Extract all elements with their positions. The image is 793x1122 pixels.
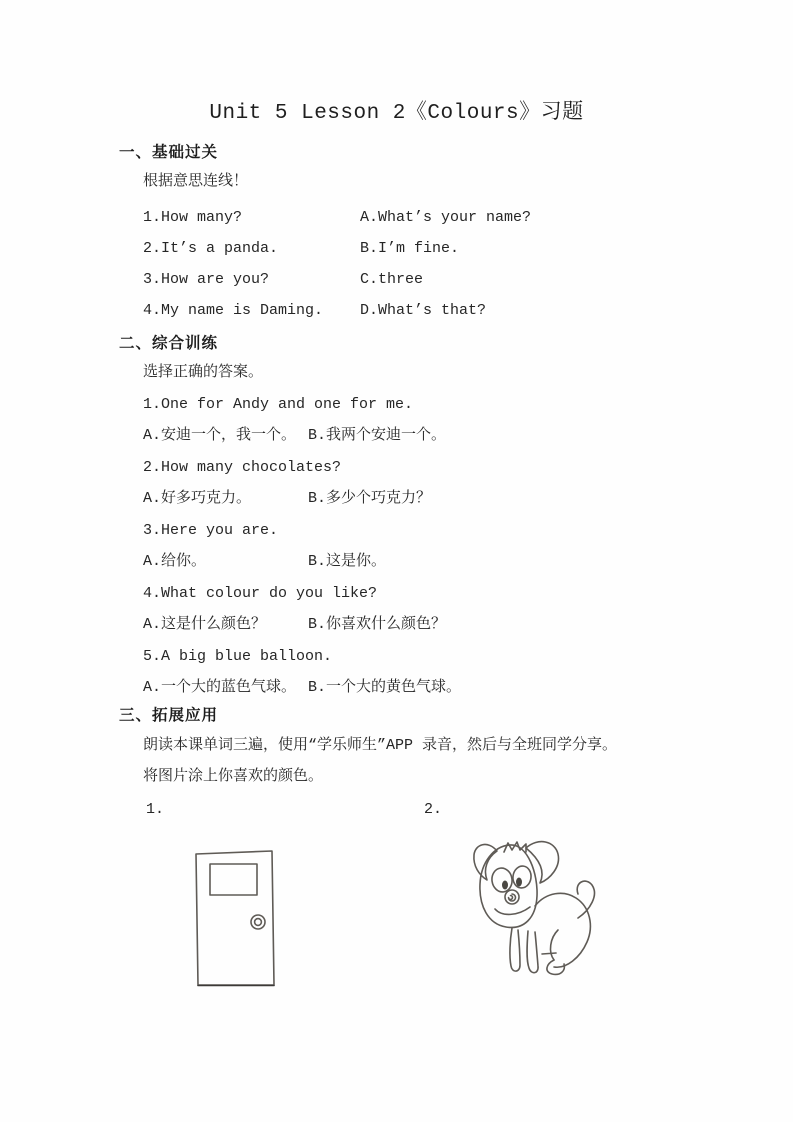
dog-hind-leg [551,930,558,960]
section-2-instruction: 选择正确的答案。 [143,363,263,383]
match-right-a: A.What’s your name? [360,209,531,226]
question-2: 2.How many chocolates? A.好多巧克力。 B.多少个巧克力… [143,458,461,509]
dog-nose-swirl [509,894,516,901]
dog-left-eye [490,867,513,894]
question-4-option-b: B.你喜欢什么颜色？ [308,615,446,635]
match-left-3: 3.How are you? [143,270,360,290]
match-right-b: B.I’m fine. [360,240,459,257]
question-2-stem: 2.How many chocolates? [143,458,461,478]
match-row-2: 2.It’s a panda.B.I’m fine. [143,239,531,270]
dog-front-leg-2 [527,931,538,973]
question-4-stem: 4.What colour do you like? [143,584,461,604]
dog-body [535,893,590,967]
door-knob-outer [251,915,265,929]
match-left-1: 1.How many? [143,208,360,228]
question-5: 5.A big blue balloon. A.一个大的蓝色气球。 B.一个大的… [143,647,461,698]
section-2-heading: 二、综合训练 [119,334,218,354]
dog-tail [577,881,594,918]
question-1-stem: 1.One for Andy and one for me. [143,395,461,415]
section-1-instruction: 根据意思连线！ [143,172,248,192]
question-1: 1.One for Andy and one for me. A.安迪一个，我一… [143,395,461,446]
section-3-instruction-1: 朗读本课单词三遍，使用“学乐师生”APP 录音，然后与全班同学分享。 [143,736,617,756]
question-5-stem: 5.A big blue balloon. [143,647,461,667]
door-outline [196,851,274,985]
colouring-item-1-label: 1. [146,800,164,820]
match-right-c: C.three [360,271,423,288]
question-1-option-a: A.安迪一个，我一个。 [143,426,308,446]
question-5-option-b: B.一个大的黄色气球。 [308,678,461,698]
door-window [210,864,257,895]
question-5-option-a: A.一个大的蓝色气球。 [143,678,308,698]
dog-line-drawing [466,836,614,988]
section-3-heading: 三、拓展应用 [119,706,218,726]
question-4: 4.What colour do you like? A.这是什么颜色？ B.你… [143,584,461,635]
match-left-2: 2.It’s a panda. [143,239,360,259]
match-row-1: 1.How many?A.What’s your name? [143,208,531,239]
question-2-option-b: B.多少个巧克力？ [308,489,431,509]
match-row-4: 4.My name is Daming.D.What’s that? [143,301,531,332]
question-3-option-b: B.这是你。 [308,552,386,572]
dog-mouth [495,907,530,914]
match-left-4: 4.My name is Daming. [143,301,360,321]
matching-exercise: 1.How many?A.What’s your name? 2.It’s a … [143,208,531,332]
worksheet-page: Unit 5 Lesson 2《Colours》习题 一、基础过关 根据意思连线… [0,0,793,1122]
match-row-3: 3.How are you?C.three [143,270,531,301]
question-3: 3.Here you are. A.给你。 B.这是你。 [143,521,461,572]
dog-right-eye [512,865,533,889]
door-line-drawing [192,848,280,990]
door-knob-inner [255,919,262,926]
section-1-heading: 一、基础过关 [119,143,218,163]
match-right-d: D.What’s that? [360,302,486,319]
question-3-stem: 3.Here you are. [143,521,461,541]
dog-right-pupil [516,878,522,887]
dog-belly-line [542,953,556,954]
question-3-option-a: A.给你。 [143,552,308,572]
colouring-item-2-label: 2. [424,800,442,820]
dog-left-pupil [502,881,508,890]
section-3-instruction-2: 将图片涂上你喜欢的颜色。 [143,767,323,787]
question-4-option-a: A.这是什么颜色？ [143,615,308,635]
question-2-option-a: A.好多巧克力。 [143,489,308,509]
question-1-option-b: B.我两个安迪一个。 [308,426,446,446]
page-title: Unit 5 Lesson 2《Colours》习题 [0,101,793,127]
dog-front-leg-1 [510,928,520,971]
multiple-choice-exercise: 1.One for Andy and one for me. A.安迪一个，我一… [143,395,461,710]
